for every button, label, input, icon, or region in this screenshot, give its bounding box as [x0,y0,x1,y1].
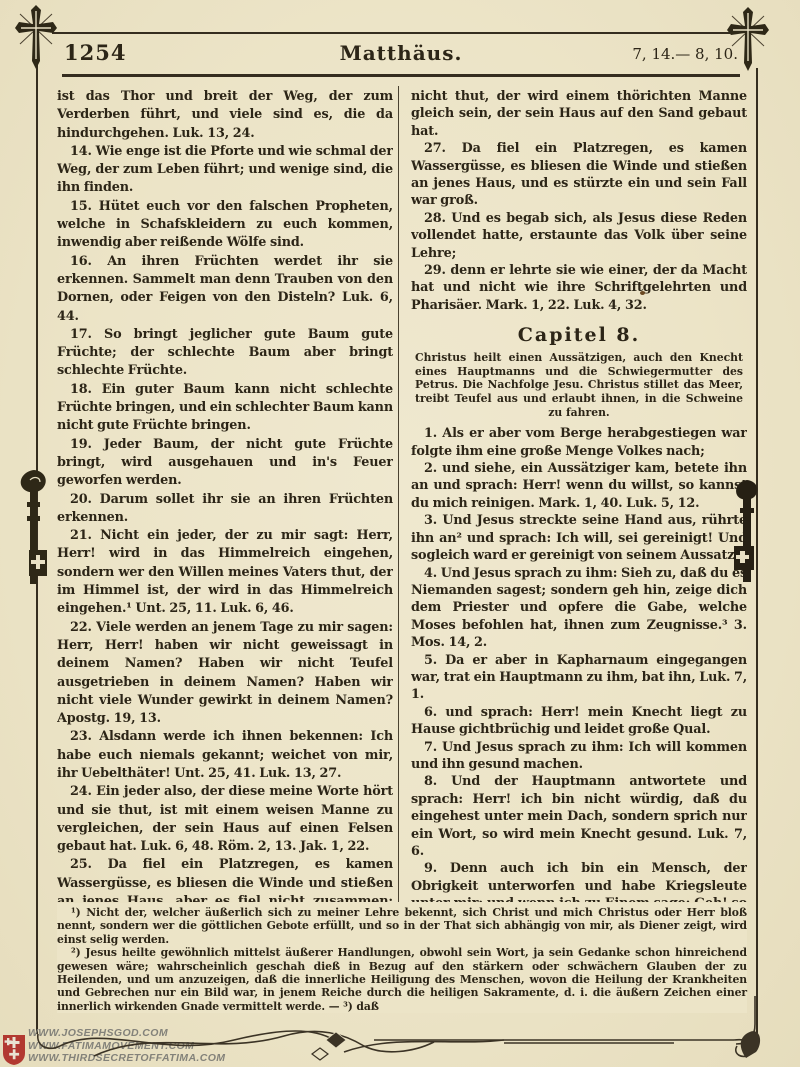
verse-paragraph: 24. Ein jeder also, der diese meine Wort… [57,783,393,856]
verse-paragraph: nicht thut, der wird einem thörichten Ma… [411,88,747,140]
left-column: ist das Thor und breit der Weg, der zum … [57,88,393,902]
corner-cross-icon [14,4,58,70]
frame-border-top [52,32,730,34]
paper-speck [640,291,645,295]
verse-paragraph: 19. Jeder Baum, der nicht gute Früchte b… [57,436,393,491]
verse-paragraph: 25. Da fiel ein Platzregen, es kamen Was… [57,856,393,902]
footnote-paragraph: ¹) Nicht der, welcher äußerlich sich zu … [57,906,747,946]
verse-paragraph: 14. Wie enge ist die Pforte und wie schm… [57,143,393,198]
verse-paragraph: 28. Und es begab sich, als Jesus diese R… [411,210,747,262]
verse-paragraph: 20. Darum sollet ihr sie an ihren Frücht… [57,491,393,528]
verse-paragraph: ist das Thor und breit der Weg, der zum … [57,88,393,143]
verse-paragraph: 5. Da er aber in Kapharnaum eingegangen … [411,652,747,704]
verse-paragraph: 9. Denn auch ich bin ein Mensch, der Obr… [411,860,747,902]
verse-paragraph: 17. So bringt jeglicher gute Baum gute F… [57,326,393,381]
key-icon [732,478,762,586]
verse-range: 7, 14.— 8, 10. [632,45,738,63]
verse-paragraph: 22. Viele werden an jenem Tage zu mir sa… [57,619,393,729]
verse-paragraph: 27. Da fiel ein Platzregen, es kamen Was… [411,140,747,210]
verse-paragraph: 6. und sprach: Herr! mein Knecht liegt z… [411,704,747,739]
bible-page-scan: 1254 Matthäus. 7, 14.— 8, 10. ist das Th… [0,0,800,1067]
verse-paragraph: 1. Als er aber vom Berge herabgestiegen … [411,425,747,460]
verse-paragraph: 15. Hütet euch vor den falschen Prophete… [57,198,393,253]
verse-paragraph: 8. Und der Hauptmann antwortete und spra… [411,773,747,860]
header-rule [62,74,740,77]
right-column-bottom: 1. Als er aber vom Berge herabgestiegen … [411,425,747,902]
verse-paragraph: 7. Und Jesus sprach zu ihm: Ich will kom… [411,739,747,774]
verse-paragraph: 23. Alsdann werde ich ihnen bekennen: Ic… [57,728,393,783]
corner-cross-icon [726,6,770,72]
chapter-heading: Capitel 8. [411,324,747,346]
verse-paragraph: 3. Und Jesus streckte seine Hand aus, rü… [411,512,747,564]
scroll-flourish-icon [34,994,766,1064]
verse-paragraph: 16. An ihren Früchten werdet ihr sie erk… [57,253,393,326]
chapter-summary: Christus heilt einen Aussätzigen, auch d… [411,351,747,419]
verse-paragraph: 4. Und Jesus sprach zu ihm: Sieh zu, daß… [411,565,747,652]
verse-paragraph: 18. Ein guter Baum kann nicht schlechte … [57,381,393,436]
right-column: nicht thut, der wird einem thörichten Ma… [411,88,747,902]
verse-paragraph: 21. Nicht ein jeder, der zu mir sagt: He… [57,527,393,618]
page-header: 1254 Matthäus. 7, 14.— 8, 10. [62,40,740,70]
key-icon [16,468,52,586]
shield-logo-icon [2,1034,26,1066]
right-column-top: nicht thut, der wird einem thörichten Ma… [411,88,747,314]
text-columns: ist das Thor und breit der Weg, der zum … [57,88,747,902]
verse-paragraph: 2. und siehe, ein Aussätziger kam, betet… [411,460,747,512]
verse-paragraph: 29. denn er lehrte sie wie einer, der da… [411,262,747,314]
